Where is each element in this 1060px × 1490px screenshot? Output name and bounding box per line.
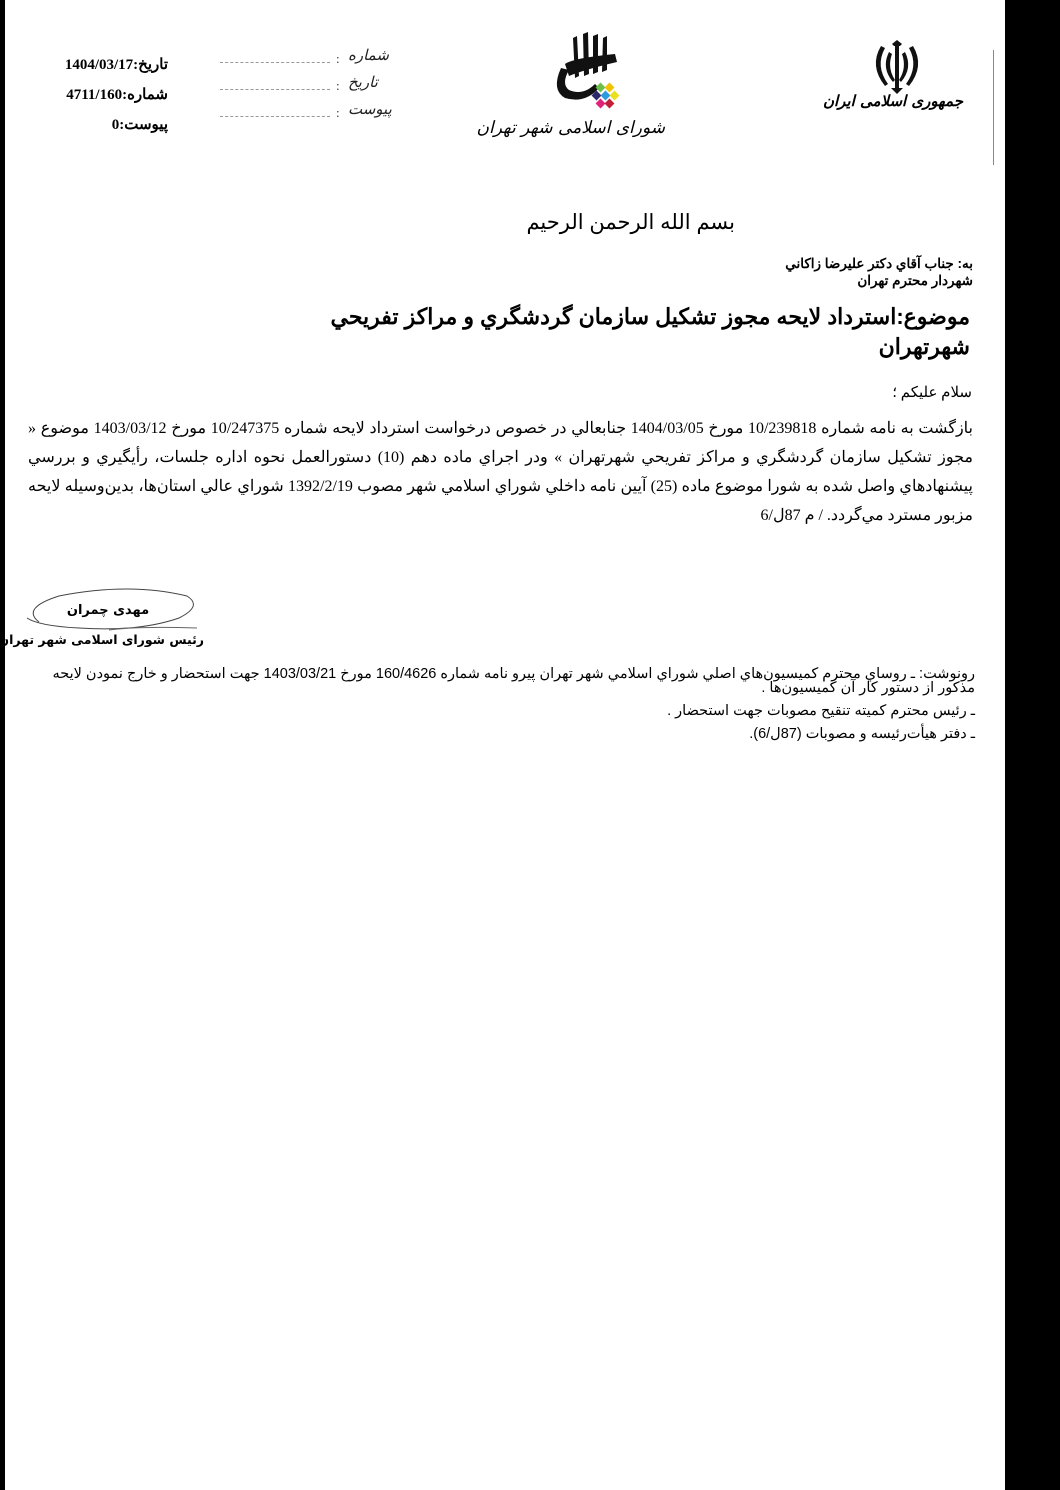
dotted-line xyxy=(220,62,330,63)
date-value: 1404/03/17 xyxy=(65,57,133,73)
basmala: بسم الله الرحمن الرحيم xyxy=(485,210,735,235)
tehran-city-council-logo-icon xyxy=(503,28,668,158)
header-divider xyxy=(993,50,994,165)
attachment-label: پيوست: xyxy=(119,117,168,133)
cc-item: ـ دفتر هيأت‌رئيسه و مصوبات (87ل/6). xyxy=(15,727,975,741)
recipient-title: شهردار محترم تهران xyxy=(857,272,973,289)
form-field-number: : شماره xyxy=(220,52,370,72)
letter-attachment: پيوست:0 xyxy=(5,115,168,134)
council-name: شورای اسلامی شهر تهران xyxy=(505,118,665,138)
number-label: شماره: xyxy=(122,87,168,103)
letter-subject: موضوع:استرداد لايحه مجوز تشكيل سازمان گر… xyxy=(330,302,970,362)
dotted-line xyxy=(220,89,330,90)
signatory-name: مهدی چمران xyxy=(63,603,153,618)
form-field-label: تاریخ xyxy=(348,73,378,92)
letter-body: بازگشت به نامه شماره 10/239818 مورخ 1404… xyxy=(28,414,973,530)
signatory-title: رئیس شورای اسلامی شهر تهران xyxy=(14,632,204,647)
cc-list: رونوشت: ـ روساي محترم كميسيون‌هاي اصلي ش… xyxy=(15,667,975,741)
form-field-label: پیوست xyxy=(348,100,392,119)
letter-number: شماره:4711/160 xyxy=(5,85,168,104)
letter-page: تاريخ:1404/03/17 شماره:4711/160 پيوست:0 … xyxy=(5,0,1005,1490)
dotted-line xyxy=(220,116,330,117)
greeting: سلام عليكم ؛ xyxy=(892,383,972,402)
cc-item: ـ رئيس محترم كميته تنقيح مصوبات جهت استح… xyxy=(15,704,975,718)
emblem-text: جمهوری اسلامی ایران xyxy=(843,92,963,110)
form-field-label: شماره xyxy=(348,46,389,65)
number-value: 4711/160 xyxy=(66,87,122,103)
form-field-date: : تاریخ xyxy=(220,79,370,99)
iran-emblem-icon xyxy=(867,38,927,96)
date-label: تاريخ: xyxy=(133,57,168,73)
cc-item: رونوشت: ـ روساي محترم كميسيون‌هاي اصلي ش… xyxy=(15,667,975,681)
cc-item-continued: مذكور از دستور كار آن كميسيون‌ها . xyxy=(15,681,975,695)
form-field-attachment: : پیوست xyxy=(220,106,370,126)
letter-date: تاريخ:1404/03/17 xyxy=(5,55,168,74)
recipient-name: به: جناب آقاي دكتر عليرضا زاكاني xyxy=(785,255,973,272)
